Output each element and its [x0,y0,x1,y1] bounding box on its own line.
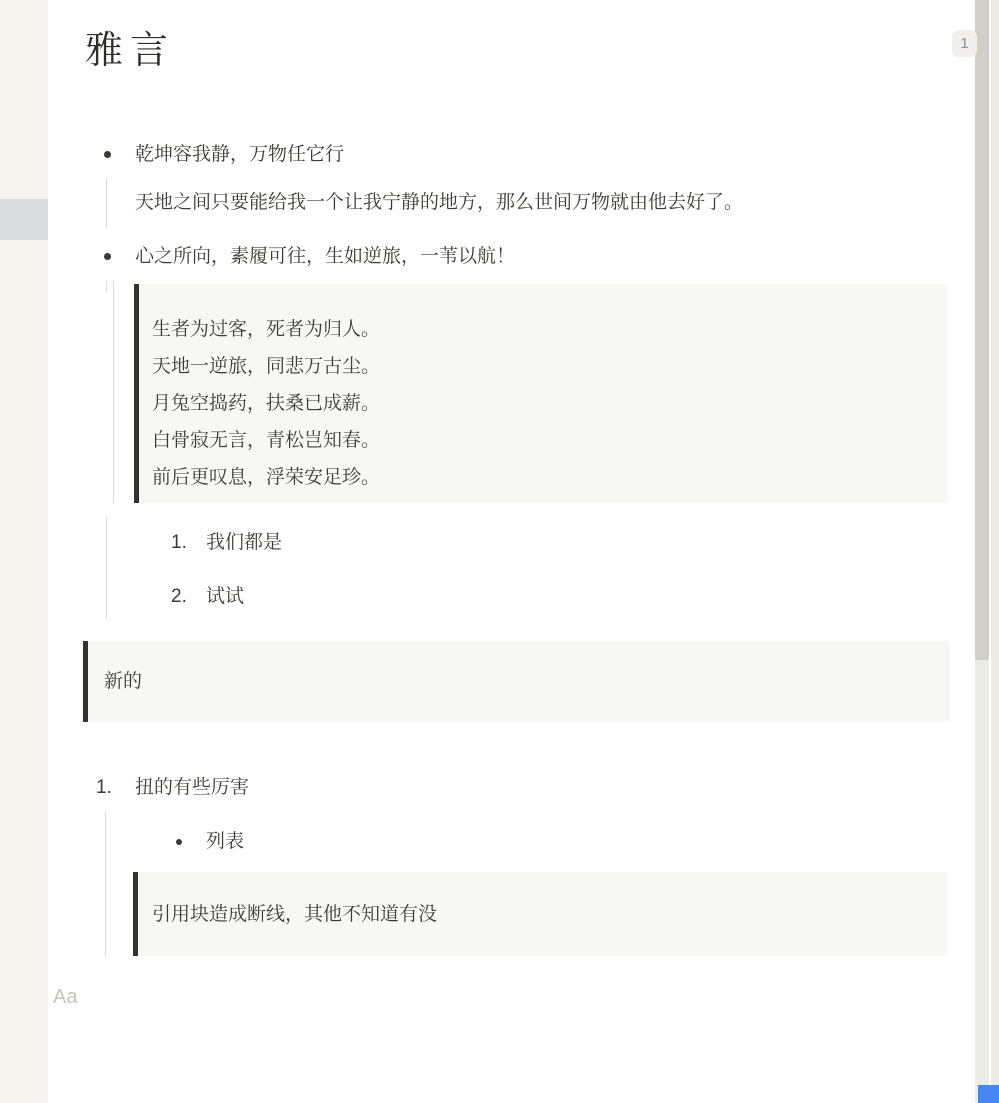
bullet-icon [104,253,111,260]
indent-guide [105,812,106,956]
quote-text[interactable]: 引用块造成断线，其他不知道有没 [152,902,437,928]
poem-line[interactable]: 前后更叹息，浮荣安足珍。 [152,459,380,496]
quote-bar [133,872,138,956]
ordered-marker: 1. [96,775,112,801]
poem-line[interactable]: 白骨寂无言，青松岂知春。 [152,422,380,459]
scrollbar-thumb[interactable] [975,0,989,660]
right-edge-strip [991,0,999,1103]
paragraph-1[interactable]: 天地之间只要能给我一个让我宁静的地方，那么世间万物就由他去好了。 [135,190,743,216]
bullet-icon [176,839,182,845]
quote-block-new[interactable]: 新的 [83,641,950,722]
indent-guide [106,281,107,292]
ordered-item-1[interactable]: 扭的有些厉害 [135,775,249,801]
poem-line[interactable]: 月兔空捣药，扶桑已成薪。 [152,385,380,422]
page-title[interactable]: 雅言 [85,28,175,74]
page-indicator-label: 1 [960,35,968,52]
quote-block-note[interactable]: 引用块造成断线，其他不知道有没 [133,872,948,956]
quote-bar [83,641,88,722]
indent-guide [106,517,107,618]
bullet-icon [104,151,111,158]
format-button[interactable]: Aa [53,984,77,1011]
poem-line[interactable]: 天地一逆旅，同悲万古尘。 [152,348,380,385]
quote-block-poem[interactable]: 生者为过客，死者为归人。 天地一逆旅，同悲万古尘。 月兔空捣药，扶桑已成薪。 白… [134,284,948,503]
bullet-item-1[interactable]: 乾坤容我静，万物任它行 [135,142,344,168]
ordered-item[interactable]: 试试 [206,584,244,610]
ordered-item[interactable]: 我们都是 [206,530,282,556]
poem-line[interactable]: 生者为过客，死者为归人。 [152,311,380,348]
page-indicator-badge[interactable]: 1 [952,30,977,57]
ordered-marker: 1. [171,530,187,556]
sidebar-selected-item[interactable] [0,199,48,240]
bullet-item-2[interactable]: 心之所向，素履可往，生如逆旅，一苇以航！ [135,244,515,270]
indent-guide [113,281,114,503]
blue-corner-element [978,1085,999,1103]
note-editor-window: 1 雅言 乾坤容我静，万物任它行 天地之间只要能给我一个让我宁静的地方，那么世间… [0,0,999,1103]
quote-bar [134,284,139,503]
quote-text[interactable]: 新的 [104,669,142,695]
sidebar-rail [0,0,48,1103]
ordered-marker: 2. [171,584,187,610]
indent-guide [106,178,107,228]
bullet-item-3[interactable]: 列表 [206,829,244,855]
